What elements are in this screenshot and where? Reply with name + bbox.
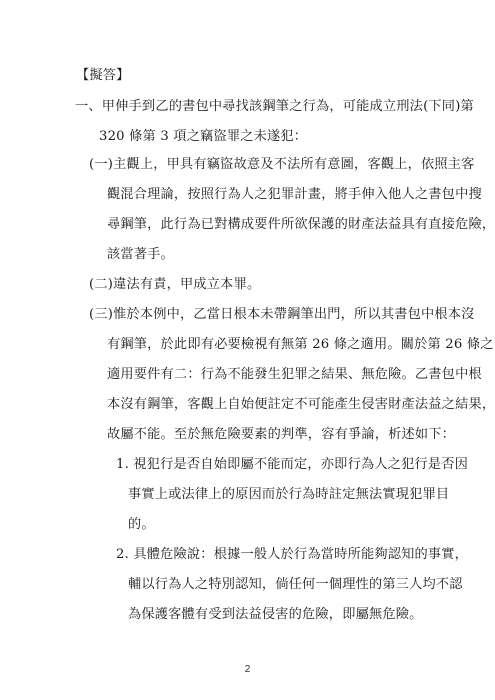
item-1-line-3: 的。 (128, 517, 155, 533)
paragraph-1-line-2: 320 條第 3 項之竊盜罪之未遂犯： (99, 129, 307, 145)
section-2-line-1: (二)違法有責，甲成立本罪。 (89, 277, 260, 293)
item-1-line-2: 事實上或法律上的原因而於行為時註定無法實現犯罪目 (128, 487, 449, 503)
section-1-line-2: 觀混合理論，按照行為人之犯罪計畫，將手伸入他人之書包中搜 (107, 187, 482, 203)
section-1-line-4: 該當著手。 (107, 247, 174, 263)
item-1-line-1: 1. 視犯行是否自始即屬不能而定，亦即行為人之犯行是否因 (116, 457, 468, 473)
paragraph-1-line-1: 一、甲伸手到乙的書包中尋找該鋼筆之行為，可能成立刑法(下同)第 (75, 99, 474, 115)
item-2-line-3: 為保護客體有受到法益侵害的危險，即屬無危險。 (128, 607, 423, 623)
section-3-line-4: 本沒有鋼筆，客觀上自始便註定不可能產生侵害財產法益之結果， (107, 397, 495, 413)
section-3-line-1: (三)惟於本例中，乙當日根本未帶鋼筆出門，所以其書包中根本沒 (89, 307, 475, 323)
page-number: 2 (0, 664, 495, 675)
item-2-line-1: 2. 具體危險說：根據一般人於行為當時所能夠認知的事實， (116, 547, 468, 563)
section-3-line-2: 有鋼筆，於此即有必要檢視有無第 26 條之適用。關於第 26 條之 (107, 337, 494, 353)
section-1-line-1: (一)主觀上，甲具有竊盜故意及不法所有意圖，客觀上，依照主客 (89, 157, 475, 173)
section-1-line-3: 尋鋼筆，此行為已對構成要件所欲保護的財產法益具有直接危險， (107, 217, 495, 233)
section-3-line-3: 適用要件有二：行為不能發生犯罪之結果、無危險。乙書包中根 (107, 367, 482, 383)
section-3-line-5: 故屬不能。至於無危險要素的判準，容有爭論，析述如下： (107, 427, 455, 443)
answer-heading: 【擬答】 (76, 68, 130, 84)
item-2-line-2: 輔以行為人之特別認知，倘任何一個理性的第三人均不認 (128, 577, 463, 593)
